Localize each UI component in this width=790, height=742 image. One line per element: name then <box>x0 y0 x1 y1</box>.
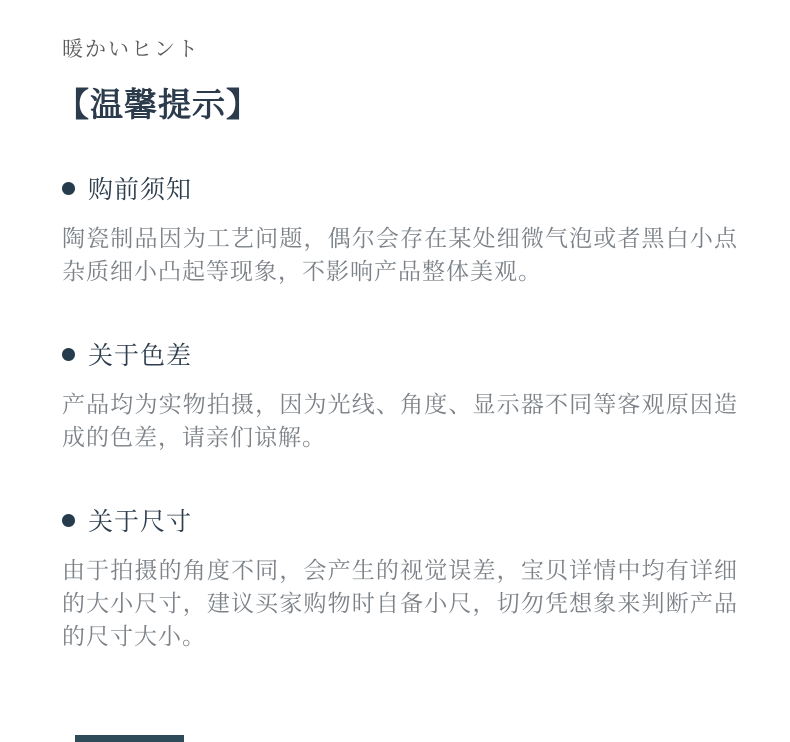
next-section-peek-bar <box>75 735 184 742</box>
section-title: 关于色差 <box>88 336 192 372</box>
section-color-difference: 关于色差 产品均为实物拍摄，因为光线、角度、显示器不同等客观原因造成的色差，请亲… <box>62 336 738 454</box>
intro-label: 暖かいヒント <box>62 33 738 63</box>
section-body: 陶瓷制品因为工艺问题，偶尔会存在某处细微气泡或者黑白小点杂质细小凸起等现象，不影… <box>62 222 738 288</box>
section-body: 产品均为实物拍摄，因为光线、角度、显示器不同等客观原因造成的色差，请亲们谅解。 <box>62 388 738 454</box>
bullet-dot-icon <box>62 514 75 527</box>
section-size: 关于尺寸 由于拍摄的角度不同，会产生的视觉误差，宝贝详情中均有详细的大小尺寸，建… <box>62 502 738 653</box>
bullet-dot-icon <box>62 348 75 361</box>
section-title: 购前须知 <box>88 170 192 206</box>
section-pre-purchase-notice: 购前须知 陶瓷制品因为工艺问题，偶尔会存在某处细微气泡或者黑白小点杂质细小凸起等… <box>62 170 738 288</box>
page-title: 【温馨提示】 <box>56 79 738 126</box>
section-title-row: 关于色差 <box>62 336 738 372</box>
section-body: 由于拍摄的角度不同，会产生的视觉误差，宝贝详情中均有详细的大小尺寸，建议买家购物… <box>62 554 738 653</box>
bullet-dot-icon <box>62 182 75 195</box>
notice-content: 暖かいヒント 【温馨提示】 购前须知 陶瓷制品因为工艺问题，偶尔会存在某处细微气… <box>0 0 790 653</box>
section-title: 关于尺寸 <box>88 502 192 538</box>
product-notice-page: 暖かいヒント 【温馨提示】 购前须知 陶瓷制品因为工艺问题，偶尔会存在某处细微气… <box>0 0 790 742</box>
section-title-row: 关于尺寸 <box>62 502 738 538</box>
section-title-row: 购前须知 <box>62 170 738 206</box>
